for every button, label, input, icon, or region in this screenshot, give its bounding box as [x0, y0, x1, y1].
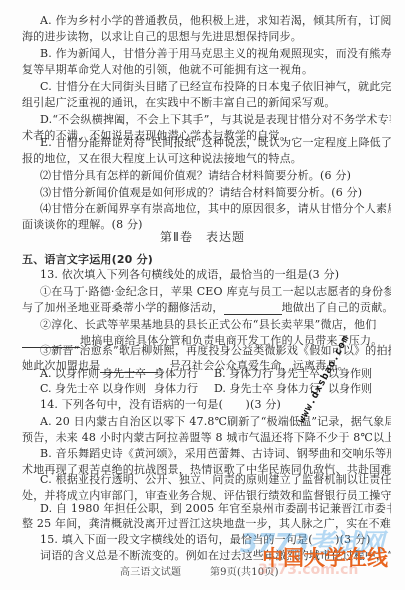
- question-2: ⑵甘惜分具有怎样的新闻价值观？请结合材料简要分析。(6 分): [40, 169, 391, 183]
- option-b-line1: B. 作为新闻人，甘惜分善于用马克思主义的视角观照现实，而没有熊寿祺、熊: [40, 47, 391, 61]
- q13-s1-tail: 地做出了自己的贡献。: [282, 301, 391, 314]
- option-e-line2: 报的地位，又在很大程度上认可这种说法接地气的特点。: [22, 152, 391, 166]
- q13-option-b: B. 身体力行: [214, 367, 276, 381]
- q13-option-d: D. 身先士卒: [214, 382, 276, 396]
- option-b-line2: 复等早期革命党人对他的引领，他就不可能拥有这一视角。: [22, 63, 391, 77]
- q13-option-a-3: 身体力行: [154, 367, 214, 381]
- q13-s1-text: 与了加州圣地亚哥桑蒂小学的翻修活动，: [22, 301, 224, 314]
- q13-option-a-2: 身先士卒: [102, 367, 154, 381]
- q13-option-d-3: 以身作则: [328, 382, 372, 396]
- option-a-line2: 海的进步读物，以求让自己的思想与先进思想保持同步。: [22, 30, 391, 44]
- q13-option-c-3: 身体力行: [154, 382, 214, 396]
- footer-subject: 高三语文试题: [120, 567, 181, 578]
- exam-page: A. 作为乡村小学的普通教员，他积极上进，求知若渴，倾其所有，订阅来自上 海的进…: [0, 0, 405, 590]
- option-d-line1: D.“不会纵横捭阖，不会上下其手”，与其说是表现甘惜分对不务学术专事权: [40, 113, 391, 127]
- q14-option-c-line2: 处，并将成立内审部门，审查业务合规、评估银行绩效和监督银行员工操守。: [22, 489, 391, 503]
- q13-blank-1: [224, 303, 282, 315]
- q13-stem: 13. 依次填入下列各句横线处的成语，最恰当的一组是(3 分): [40, 268, 391, 282]
- question-3: ⑶甘惜分新闻价值观是如何形成的？请结合材料简要分析。(6 分): [40, 186, 391, 200]
- q13-option-c: C. 身先士卒: [40, 382, 102, 396]
- q14-stem: 14. 下列各句中，没有语病的一句是( )(3 分): [40, 398, 391, 412]
- q14-option-a-line1: A. 20 日内蒙古自治区以零下 47.8℃刷新了“极端低温”记录，据气象局 2…: [40, 415, 391, 429]
- q13-sentence2-line1: ②淳化、长武等苹果基地县的县长正式公布“县长卖苹果”微店，他们: [40, 318, 391, 332]
- part2-title: 第Ⅱ卷 表达题: [0, 230, 405, 244]
- q14-option-a-line2: 预告，未来 48 小时内蒙古阿拉善盟等 8 城市气温还将下降不少于 8℃以上。: [22, 431, 391, 445]
- q13-sentence1-line1: ①在马丁·路德·金纪念日，苹果 CEO 库克与员工一起以志愿者的身份参: [40, 285, 391, 299]
- q13-option-c-2: 以身作则: [102, 382, 154, 396]
- q14-option-c-line1: C. 根据亚投行透明、公开、独立、问责的原则建立了监督机制以让责任落到实: [40, 473, 391, 487]
- q13-sentence1-line2: 与了加州圣地亚哥桑蒂小学的翻修活动，地做出了自己的贡献。: [22, 301, 391, 315]
- option-e-line1: E. 甘惜分能辩证对待“民间报纸”这种说法，既认为它一定程度上降低了党: [40, 136, 391, 150]
- q14-option-d-line1: D. 自 1980 年担任公职，到 2005 年官至泉州市委副书记兼晋江市委书记…: [40, 502, 391, 516]
- brand-watermark: 中国大学在线: [262, 542, 388, 572]
- option-c-line1: C. 甘惜分在大同街头目睹了已经宣布投降的日本鬼子依旧神气，就此完成一: [40, 80, 391, 94]
- question-4-line1: ⑷甘惜分在新闻界享有崇高地位，其中的原因很多，请从甘惜分个人素质方: [40, 202, 391, 216]
- section5-title: 五、语言文字运用(20 分): [22, 253, 391, 267]
- q13-option-a: A. 以身作则: [40, 367, 102, 381]
- q14-option-b-line1: B. 音乐舞蹈史诗《黄河颂》，采用芭蕾舞、古诗词、钢琴曲和交响乐等形式，艺: [40, 447, 391, 461]
- option-c-line2: 组引起广泛重视的通讯，在实践中不断丰富自己的新闻采写观。: [22, 96, 391, 110]
- option-a-line1: A. 作为乡村小学的普通教员，他积极上进，求知若渴，倾其所有，订阅来自上: [40, 14, 391, 28]
